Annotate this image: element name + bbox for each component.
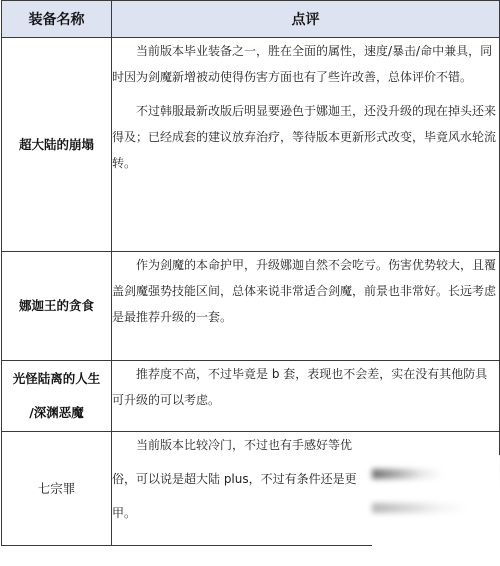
- equipment-name-line: 光怪陆离的人生: [2, 362, 111, 396]
- table-header-row: 装备名称 点评: [2, 1, 500, 38]
- equipment-name: 超大陆的崩塌: [2, 38, 112, 252]
- equipment-name: 光怪陆离的人生 /深渊恶魔: [2, 361, 112, 432]
- review-line: 甲。: [112, 500, 499, 526]
- column-header-name: 装备名称: [2, 1, 112, 38]
- equipment-review: 作为剑魔的本命护甲，升级娜迦自然不会吃亏。伤害优势较大，且覆盖剑魔强势技能区间，…: [112, 252, 500, 361]
- review-paragraph: 推荐度不高，不过毕竟是 b 套，表现也不会差，实在没有其他防具可升级的可以考虑。: [112, 361, 499, 413]
- equipment-review: 当前版本比较冷门，不过也有手感好等优 俗，可以说是超大陆 plus，不过有条件还…: [112, 432, 500, 546]
- column-header-review: 点评: [112, 1, 500, 38]
- table-row: 娜迦王的贪食 作为剑魔的本命护甲，升级娜迦自然不会吃亏。伤害优势较大，且覆盖剑魔…: [2, 252, 500, 361]
- review-line: 俗，可以说是超大陆 plus，不过有条件还是更: [112, 466, 499, 492]
- review-line: 当前版本比较冷门，不过也有手感好等优: [112, 432, 499, 458]
- table-row: 光怪陆离的人生 /深渊恶魔 推荐度不高，不过毕竟是 b 套，表现也不会差，实在没…: [2, 361, 500, 432]
- equipment-name-line: /深渊恶魔: [2, 396, 111, 430]
- review-paragraph: 当前版本毕业装备之一，胜在全面的属性，速度/暴击/命中兼具，同时因为剑魔新增被动…: [112, 38, 499, 90]
- review-paragraph: 作为剑魔的本命护甲，升级娜迦自然不会吃亏。伤害优势较大，且覆盖剑魔强势技能区间，…: [112, 252, 499, 330]
- equipment-review-table: 装备名称 点评 超大陆的崩塌 当前版本毕业装备之一，胜在全面的属性，速度/暴击/…: [1, 0, 500, 546]
- equipment-review: 当前版本毕业装备之一，胜在全面的属性，速度/暴击/命中兼具，同时因为剑魔新增被动…: [112, 38, 500, 252]
- table-row: 七宗罪 当前版本比较冷门，不过也有手感好等优 俗，可以说是超大陆 plus，不过…: [2, 432, 500, 546]
- equipment-review: 推荐度不高，不过毕竟是 b 套，表现也不会差，实在没有其他防具可升级的可以考虑。: [112, 361, 500, 432]
- equipment-name: 娜迦王的贪食: [2, 252, 112, 361]
- table-row: 超大陆的崩塌 当前版本毕业装备之一，胜在全面的属性，速度/暴击/命中兼具，同时因…: [2, 38, 500, 252]
- equipment-name: 七宗罪: [2, 432, 112, 546]
- review-paragraph: 不过韩服最新改版后明显要逊色于娜迦王，还没升级的现在掉头还来得及；已经成套的建议…: [112, 98, 499, 176]
